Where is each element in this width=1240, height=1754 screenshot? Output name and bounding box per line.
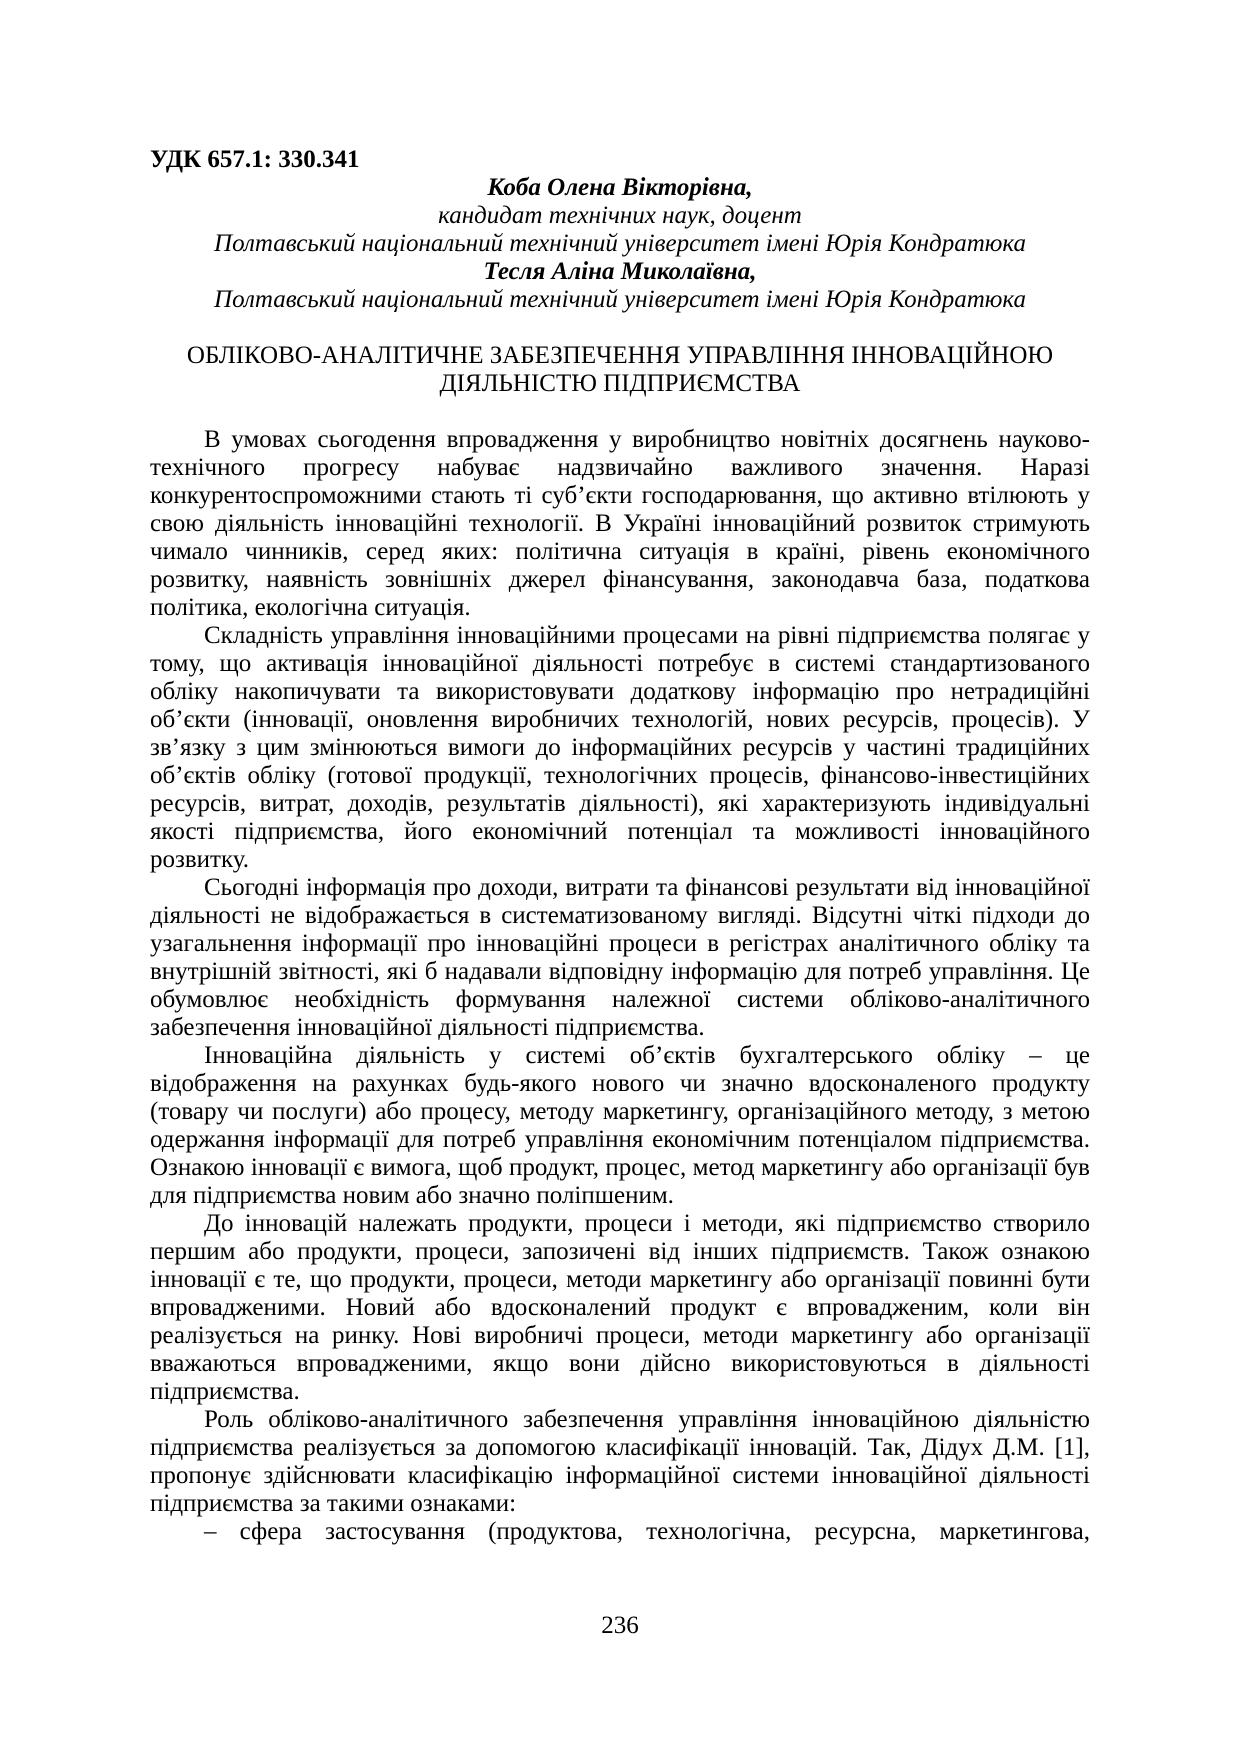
page-number: 236 <box>0 1612 1240 1640</box>
author-block: Коба Олена Вікторівна, кандидат технічни… <box>150 174 1090 314</box>
author-name: Коба Олена Вікторівна, <box>150 174 1090 202</box>
paragraph-1: В умовах сьогодення впровадження у вироб… <box>150 426 1090 622</box>
author-degree: кандидат технічних наук, доцент <box>150 202 1090 230</box>
author-name: Тесля Аліна Миколаївна, <box>150 258 1090 286</box>
paragraph-3: Сьогодні інформація про доходи, витрати … <box>150 874 1090 1042</box>
author-affiliation: Полтавський національний технічний уніве… <box>150 230 1090 258</box>
paragraph-4: Інноваційна діяльність у системі об’єкті… <box>150 1042 1090 1210</box>
document-page: УДК 657.1: 330.341 Коба Олена Вікторівна… <box>0 0 1240 1754</box>
author-affiliation: Полтавський національний технічний уніве… <box>150 286 1090 314</box>
udc-code: УДК 657.1: 330.341 <box>150 146 1090 174</box>
article-title: ОБЛІКОВО-АНАЛІТИЧНЕ ЗАБЕЗПЕЧЕННЯ УПРАВЛІ… <box>150 342 1090 398</box>
article-body: В умовах сьогодення впровадження у вироб… <box>150 426 1090 1546</box>
paragraph-2: Складність управління інноваційними проц… <box>150 622 1090 874</box>
paragraph-6: Роль обліково-аналітичного забезпечення … <box>150 1406 1090 1518</box>
list-item-sphere: – сфера застосування (продуктова, технол… <box>150 1518 1090 1546</box>
paragraph-5: До інновацій належать продукти, процеси … <box>150 1210 1090 1406</box>
